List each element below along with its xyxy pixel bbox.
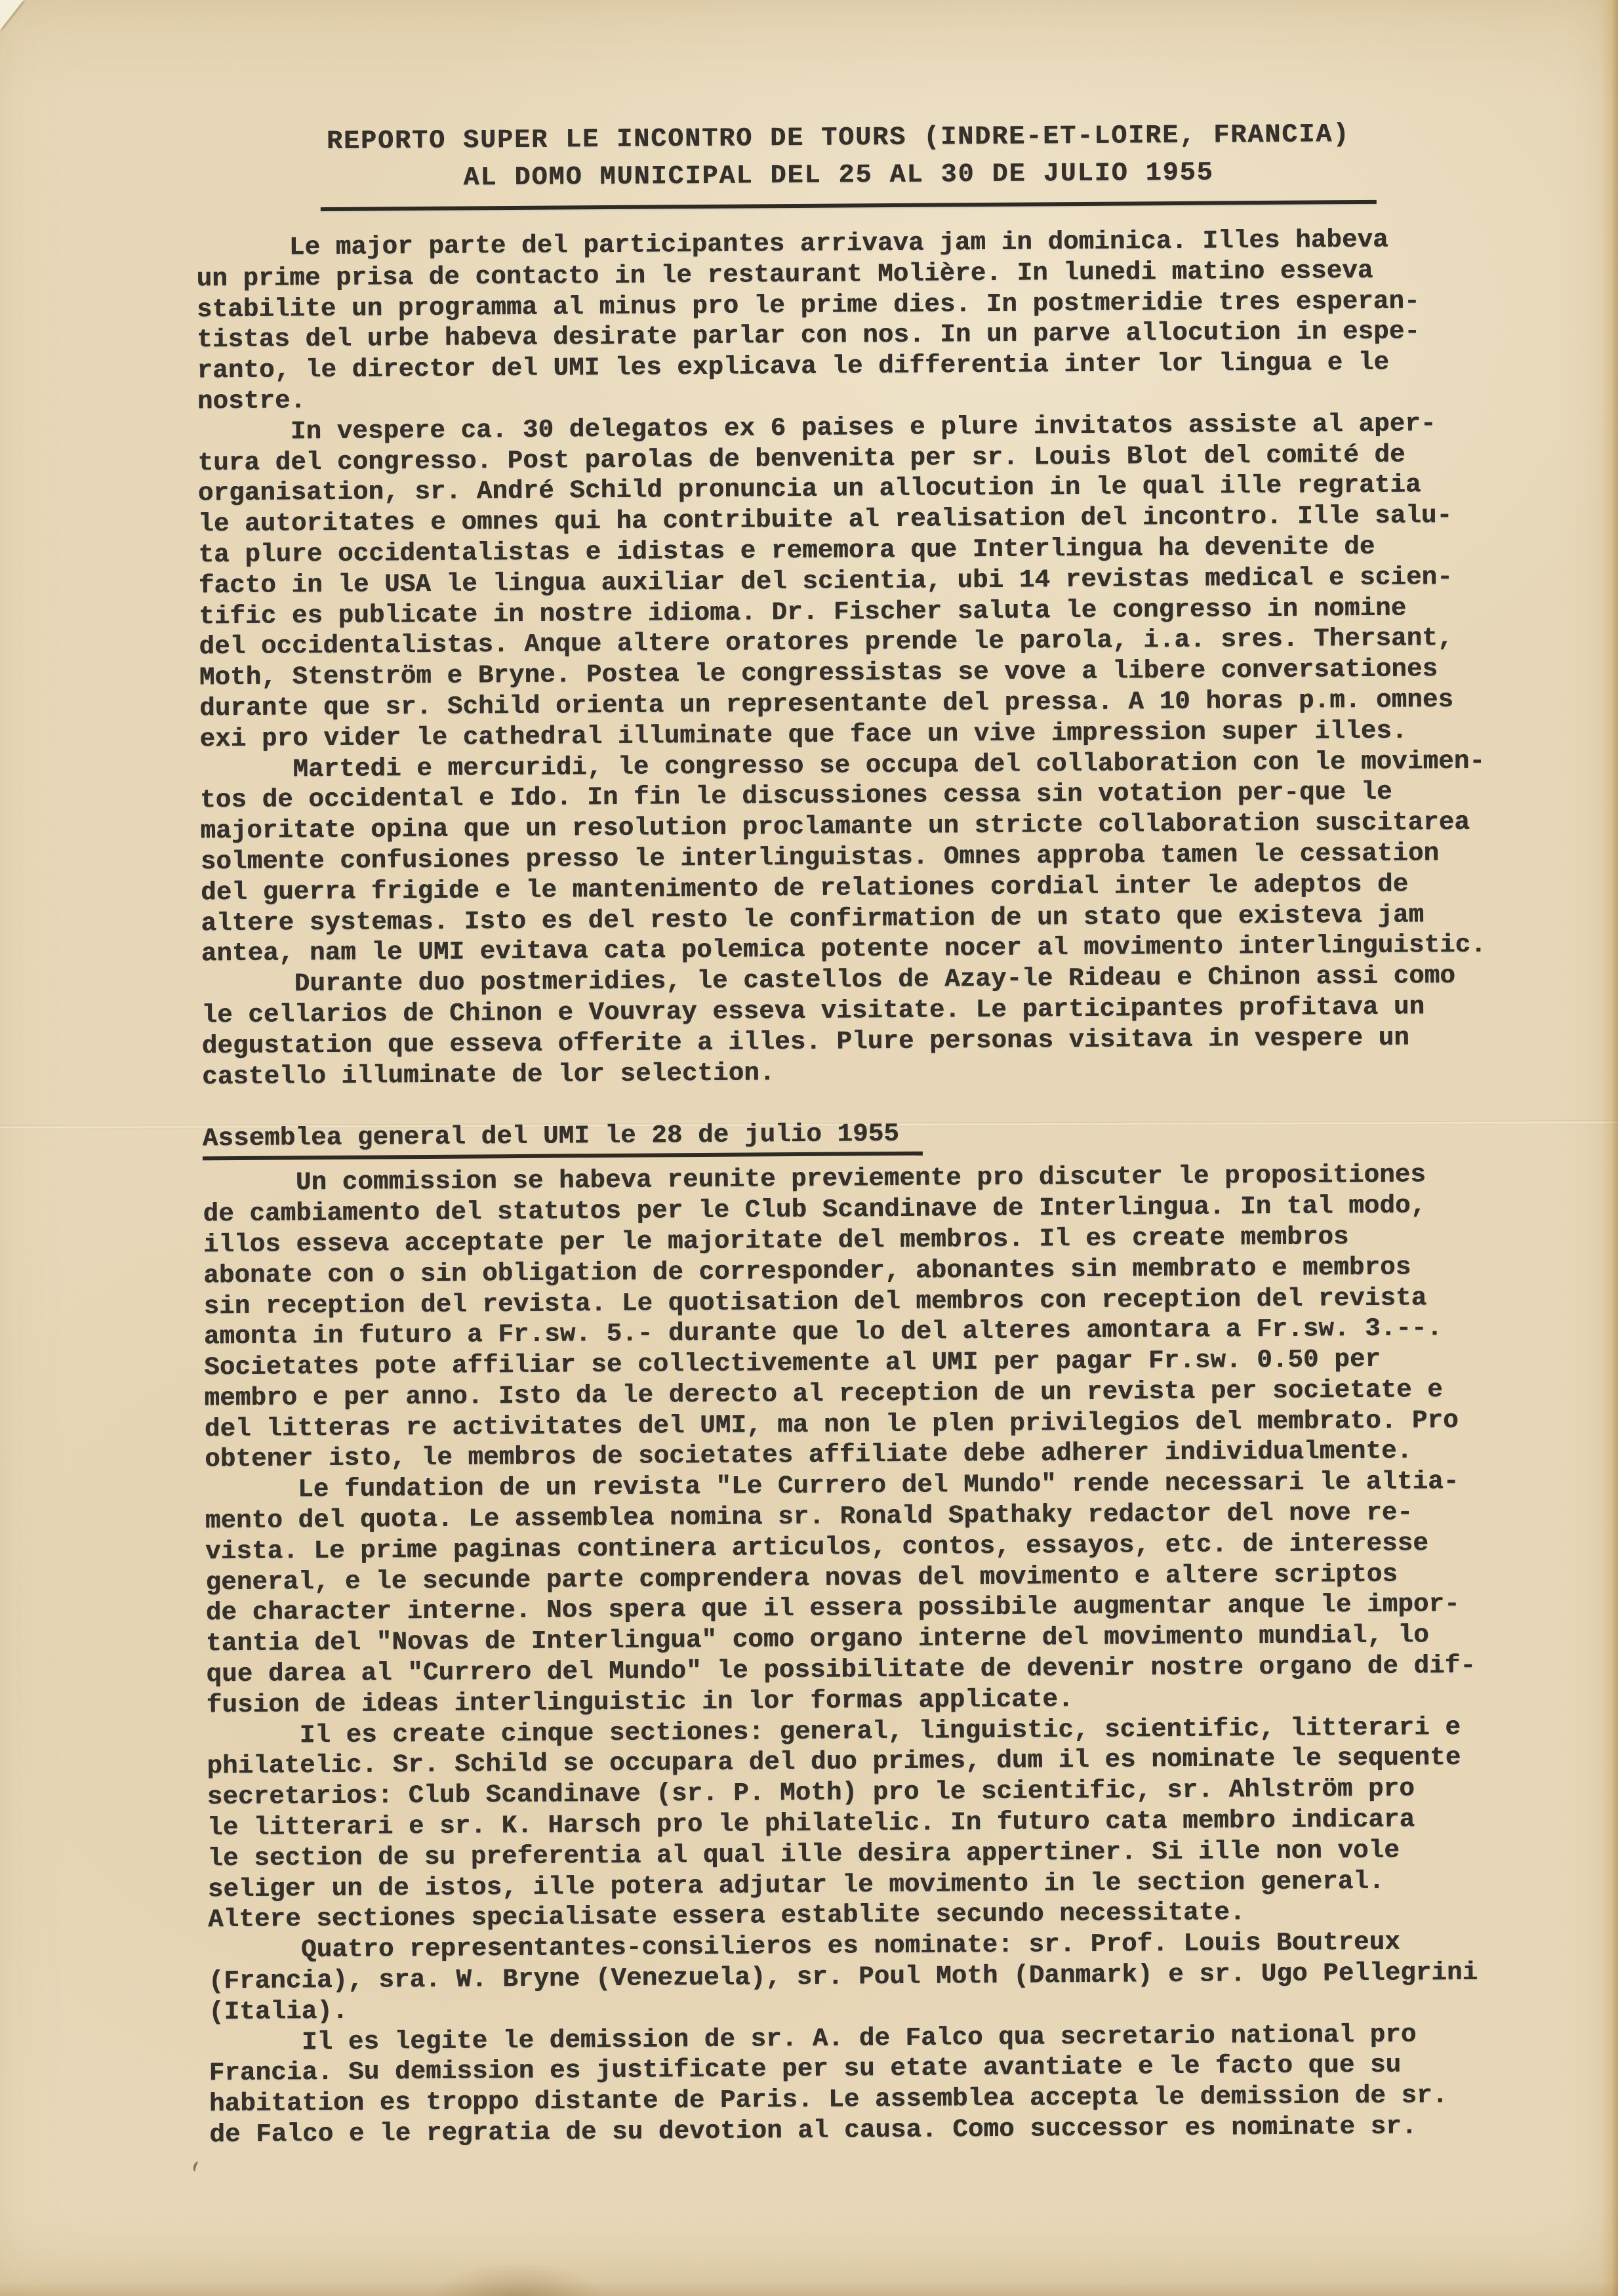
ink-smudge <box>433 2261 603 2296</box>
document-title-block: REPORTO SUPER LE INCONTRO DE TOURS (INDR… <box>195 115 1482 212</box>
document-body: Le major parte del participantes arrivav… <box>196 224 1508 2151</box>
paragraph: Le major parte del participantes arrivav… <box>196 224 1496 418</box>
document-content: REPORTO SUPER LE INCONTRO DE TOURS (INDR… <box>195 115 1508 2151</box>
stray-ink-mark <box>192 2161 201 2173</box>
title-underline-rule <box>321 200 1377 211</box>
paragraph: In vespere ca. 30 delegatos ex 6 paises … <box>197 408 1499 755</box>
section-heading-row: Assemblea general del UMI le 28 de julio… <box>203 1114 1501 1161</box>
paper-right-edge-shadow <box>1601 0 1618 2296</box>
paragraph: Durante duo postmeridies, le castellos d… <box>201 961 1501 1093</box>
section-heading: Assemblea general del UMI le 28 de julio… <box>203 1118 923 1161</box>
paragraph: Martedi e mercuridi, le congresso se occ… <box>200 746 1500 969</box>
paragraph: Quatro representantes-consilieros es nom… <box>208 1927 1507 2028</box>
paragraph: Un commission se habeva reunite previeme… <box>203 1159 1503 1476</box>
scanned-document-page: REPORTO SUPER LE INCONTRO DE TOURS (INDR… <box>0 0 1618 2296</box>
paper-bottom-edge-shadow <box>0 2282 1618 2296</box>
paragraph: Le fundation de un revista "Le Currero d… <box>205 1466 1505 1721</box>
folded-corner <box>0 0 24 30</box>
paragraph: Il es legite le demission de sr. A. de F… <box>209 2019 1508 2150</box>
paragraph: Il es create cinque sectiones: general, … <box>207 1712 1507 1935</box>
